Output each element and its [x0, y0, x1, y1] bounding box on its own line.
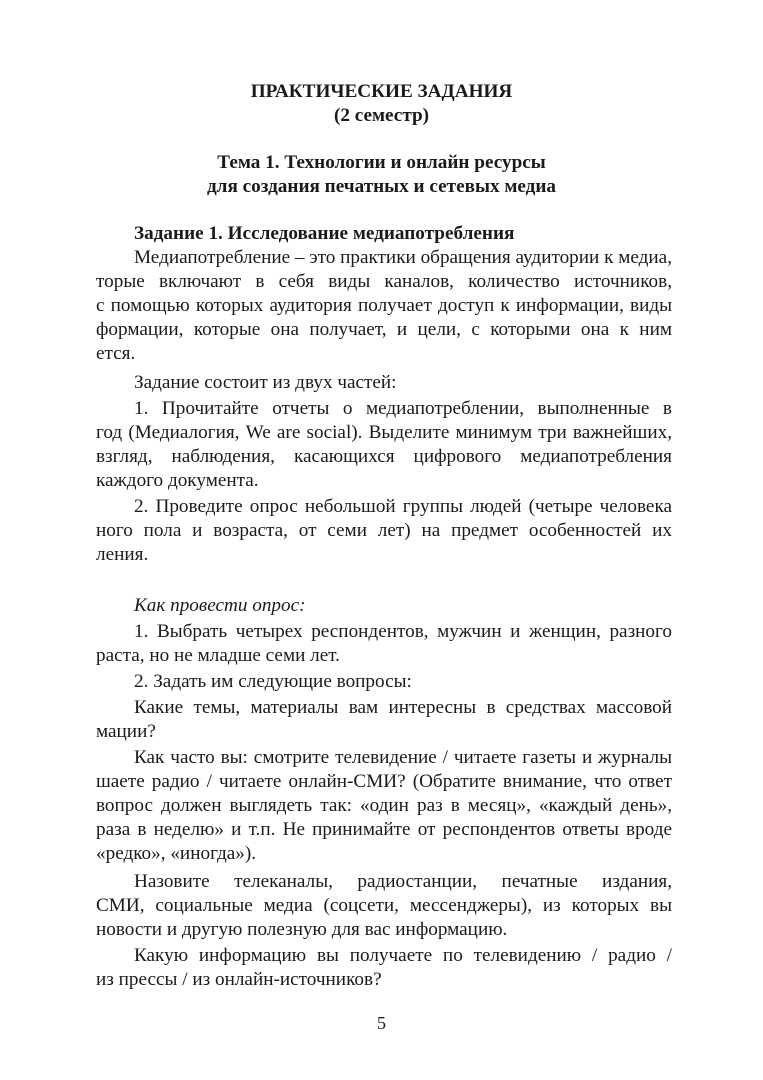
text-line: из прессы / из онлайн-источников?	[96, 968, 672, 992]
text-line: Назовите телеканалы, радиостанции, печат…	[96, 870, 672, 894]
page-title: ПРАКТИЧЕСКИЕ ЗАДАНИЯ	[0, 80, 763, 104]
document-page: ПРАКТИЧЕСКИЕ ЗАДАНИЯ (2 семестр) Тема 1.…	[0, 0, 763, 1080]
text-line: шаете радио / читаете онлайн-СМИ? (Обрат…	[96, 770, 672, 794]
text-line: ется.	[96, 342, 672, 366]
text-line: Какие темы, материалы вам интересны в ср…	[96, 696, 672, 720]
text-line: вопрос должен выглядеть так: «один раз в…	[96, 794, 672, 818]
survey-heading: Как провести опрос:	[96, 594, 672, 618]
text-line: ного пола и возраста, от семи лет) на пр…	[96, 519, 672, 543]
text-line: раста, но не младше семи лет.	[96, 644, 672, 668]
page-subtitle: (2 семестр)	[0, 104, 763, 128]
text-line: Медиапотребление – это практики обращени…	[96, 246, 672, 270]
text-line: 2. Задать им следующие вопросы:	[96, 670, 672, 694]
text-line: взгляд, наблюдения, касающихся цифрового…	[96, 445, 672, 469]
text-line: мации?	[96, 720, 672, 744]
topic-heading-line-2: для создания печатных и сетевых медиа	[0, 175, 763, 199]
text-line: 1. Прочитайте отчеты о медиапотреблении,…	[96, 397, 672, 421]
text-line: «редко», «иногда»).	[96, 842, 672, 866]
page-number: 5	[0, 1013, 763, 1034]
text-line: раза в неделю» и т.п. Не принимайте от р…	[96, 818, 672, 842]
text-line: 2. Проведите опрос небольшой группы люде…	[96, 495, 672, 519]
text-line: Задание состоит из двух частей:	[96, 371, 672, 395]
text-line: новости и другую полезную для вас информ…	[96, 918, 672, 942]
topic-heading-line-1: Тема 1. Технологии и онлайн ресурсы	[0, 151, 763, 175]
text-line: 1. Выбрать четырех респондентов, мужчин …	[96, 620, 672, 644]
text-line: год (Медиалогия, We are social). Выделит…	[96, 421, 672, 445]
text-line: формации, которые она получает, и цели, …	[96, 318, 672, 342]
text-line: Какую информацию вы получаете по телевид…	[96, 944, 672, 968]
text-line: ления.	[96, 543, 672, 567]
text-line: торые включают в себя виды каналов, коли…	[96, 270, 672, 294]
text-line: с помощью которых аудитория получает дос…	[96, 294, 672, 318]
text-line: каждого документа.	[96, 469, 672, 493]
text-line: СМИ, социальные медиа (соцсети, мессендж…	[96, 894, 672, 918]
text-line: Как часто вы: смотрите телевидение / чит…	[96, 746, 672, 770]
task-heading: Задание 1. Исследование медиапотребления	[96, 222, 672, 246]
